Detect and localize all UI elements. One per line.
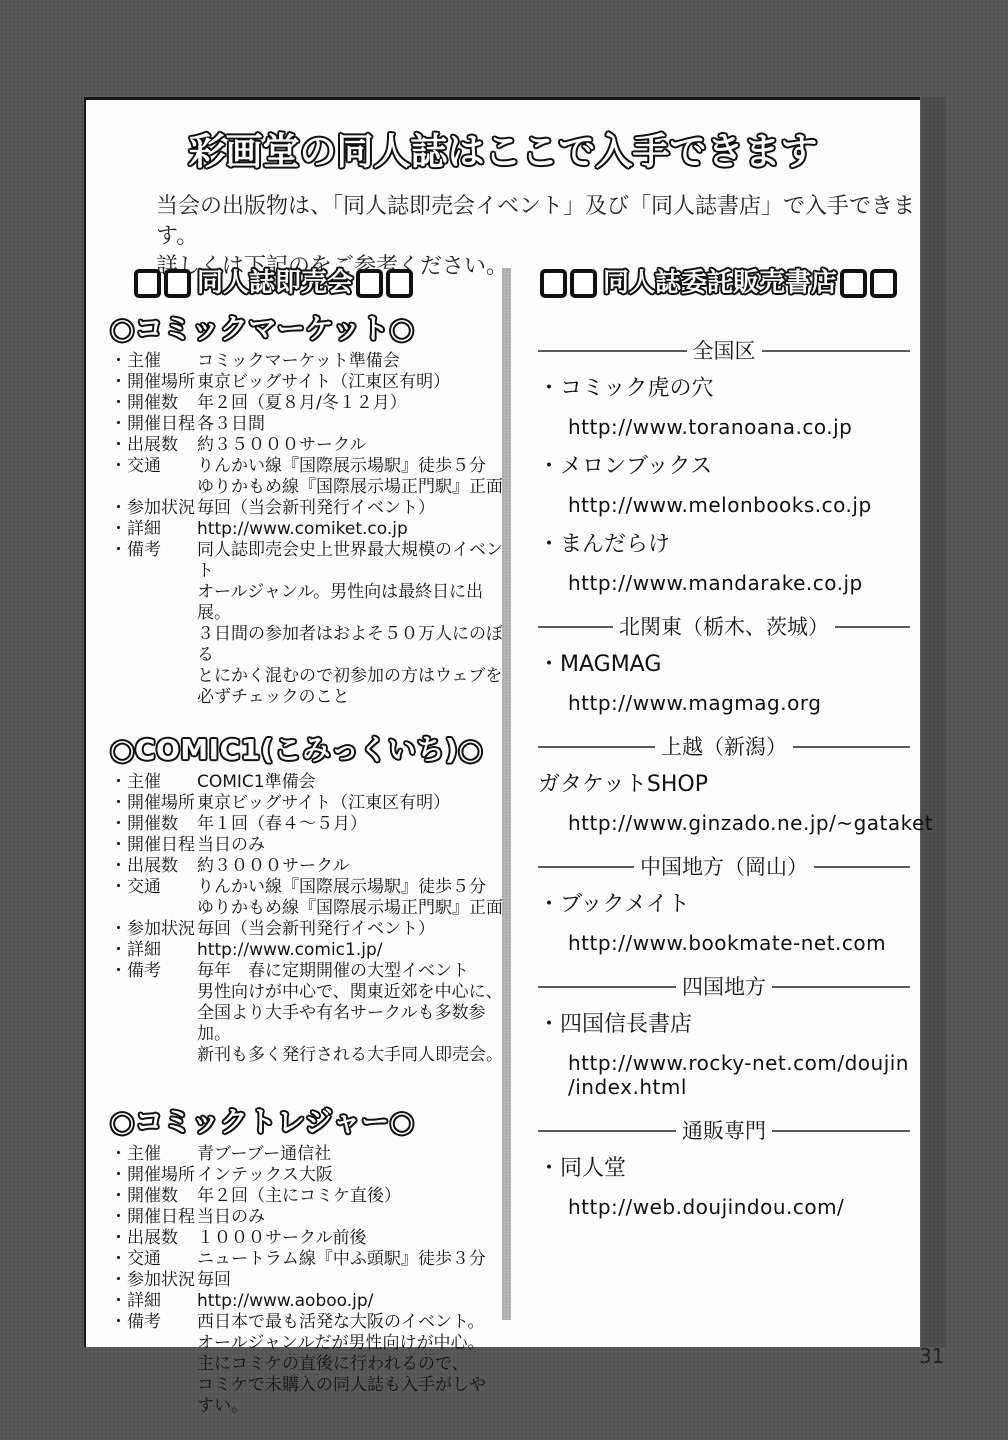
banner-square-icon <box>540 269 567 298</box>
page-shadow <box>922 97 946 1347</box>
banner-square-icon <box>870 269 897 298</box>
page-title: 彩画堂の同人誌はここで入手できます <box>86 126 920 178</box>
row-label: ・開催日程 <box>110 1207 197 1228</box>
row-label: ・詳細 <box>110 519 197 540</box>
region-divider: 中国地方（岡山） <box>538 855 910 879</box>
row-label: ・開催場所 <box>110 1165 197 1186</box>
divider-line <box>538 350 687 352</box>
banner-square-icon <box>570 269 597 298</box>
row-label: ・交通 <box>110 456 197 498</box>
event-section-comic1: ○COMIC1(こみっくいち)○ ・主催COMIC1準備会 ・開催場所東京ビッグ… <box>110 734 512 1066</box>
shop-url: http://www.magmag.org <box>568 691 910 715</box>
shop-name: ・まんだらけ <box>538 532 910 558</box>
divider-line <box>538 746 655 748</box>
row-value: りんかい線『国際展示場駅』徒歩５分 ゆりかもめ線『国際展示場正門駅』正面 <box>197 877 512 919</box>
row-label: ・開催数 <box>110 393 197 414</box>
row-value: 東京ビッグサイト（江東区有明） <box>197 372 512 393</box>
event-row: ・開催場所東京ビッグサイト（江東区有明） <box>110 372 512 393</box>
banner-square-icon <box>356 269 383 298</box>
shop-entry: ・まんだらけ http://www.mandarake.co.jp <box>538 532 910 595</box>
event-row: ・開催場所インテックス大阪 <box>110 1165 512 1186</box>
events-banner-label: 同人誌即売会 <box>197 266 353 300</box>
region-label: 上越（新潟） <box>661 735 787 759</box>
shop-url: http://web.doujindou.com/ <box>568 1195 910 1219</box>
event-row: ・主催コミックマーケット準備会 <box>110 351 512 372</box>
row-label: ・出展数 <box>110 435 197 456</box>
event-row: ・開催数年２回（主にコミケ直後） <box>110 1186 512 1207</box>
shop-entry: ・四国信長書店 http://www.rocky-net.com/doujin … <box>538 1012 910 1099</box>
scanned-document: { "page": { "title": "彩画堂の同人誌はここで入手できます"… <box>0 0 1008 1440</box>
row-label: ・備考 <box>110 1312 197 1417</box>
row-value: 毎回 <box>197 1270 512 1291</box>
shop-name: ・MAGMAG <box>538 652 910 678</box>
event-row: ・備考西日本で最も活発な大阪のイベント。 オールジャンルだが男性向けが中心。 主… <box>110 1312 512 1417</box>
event-row: ・参加状況毎回（当会新刊発行イベント） <box>110 919 512 940</box>
event-row: ・備考同人誌即売会史上世界最大規模のイベント オールジャンル。男性向は最終日に出… <box>110 540 512 708</box>
row-label: ・開催場所 <box>110 793 197 814</box>
row-value: http://www.comic1.jp/ <box>197 940 512 961</box>
event-rows: ・主催COMIC1準備会 ・開催場所東京ビッグサイト（江東区有明） ・開催数年１… <box>110 772 512 1066</box>
shop-name: ・ブックメイト <box>538 892 910 918</box>
events-column: 同人誌即売会 ○コミックマーケット○ ・主催コミックマーケット準備会 ・開催場所… <box>110 265 512 1417</box>
divider-line <box>538 1130 676 1132</box>
event-row: ・詳細http://www.aoboo.jp/ <box>110 1291 512 1312</box>
row-label: ・参加状況 <box>110 919 197 940</box>
row-label: ・交通 <box>110 1249 197 1270</box>
divider-line <box>793 746 910 748</box>
event-heading: ○コミックトレジャー○ <box>110 1106 512 1138</box>
banner-square-icon <box>134 269 161 298</box>
divider-line <box>772 986 910 988</box>
shop-name: ガタケットSHOP <box>538 772 910 798</box>
divider-line <box>835 626 910 628</box>
shop-name: ・メロンブックス <box>538 454 910 480</box>
event-rows: ・主催青ブーブー通信社 ・開催場所インテックス大阪 ・開催数年２回（主にコミケ直… <box>110 1144 512 1417</box>
row-value: 当日のみ <box>197 835 512 856</box>
row-label: ・交通 <box>110 877 197 919</box>
event-row: ・開催数年１回（春４～５月） <box>110 814 512 835</box>
row-value: インテックス大阪 <box>197 1165 512 1186</box>
row-value: http://www.comiket.co.jp <box>197 519 512 540</box>
event-rows: ・主催コミックマーケット準備会 ・開催場所東京ビッグサイト（江東区有明） ・開催… <box>110 351 512 708</box>
divider-line <box>814 866 910 868</box>
event-row: ・参加状況毎回（当会新刊発行イベント） <box>110 498 512 519</box>
row-value: 西日本で最も活発な大阪のイベント。 オールジャンルだが男性向けが中心。 主にコミ… <box>197 1312 512 1417</box>
divider-line <box>538 866 634 868</box>
region-divider: 通販専門 <box>538 1119 910 1143</box>
row-label: ・主催 <box>110 772 197 793</box>
shop-entry: ・メロンブックス http://www.melonbooks.co.jp <box>538 454 910 517</box>
event-row: ・開催日程当日のみ <box>110 1207 512 1228</box>
event-row: ・詳細http://www.comiket.co.jp <box>110 519 512 540</box>
shop-name: ・同人堂 <box>538 1156 910 1182</box>
shop-entry: ガタケットSHOP http://www.ginzado.ne.jp/~gata… <box>538 772 910 835</box>
row-value: 各３日間 <box>197 414 512 435</box>
event-row: ・備考毎年 春に定期開催の大型イベント 男性向けが中心で、関東近郊を中心に、 全… <box>110 961 512 1066</box>
row-label: ・開催日程 <box>110 835 197 856</box>
divider-line <box>762 350 911 352</box>
row-label: ・参加状況 <box>110 1270 197 1291</box>
shops-banner-label: 同人誌委託販売書店 <box>603 266 837 300</box>
event-heading: ○コミックマーケット○ <box>110 313 512 345</box>
event-row: ・交通りんかい線『国際展示場駅』徒歩５分 ゆりかもめ線『国際展示場正門駅』正面 <box>110 456 512 498</box>
event-heading: ○COMIC1(こみっくいち)○ <box>110 734 512 766</box>
row-label: ・主催 <box>110 351 197 372</box>
shop-url: http://www.toranoana.co.jp <box>568 415 910 439</box>
row-value: COMIC1準備会 <box>197 772 512 793</box>
row-value: 毎年 春に定期開催の大型イベント 男性向けが中心で、関東近郊を中心に、 全国より… <box>197 961 512 1066</box>
event-row: ・開催数年２回（夏８月/冬１２月） <box>110 393 512 414</box>
row-label: ・備考 <box>110 961 197 1066</box>
row-value: 約３５０００サークル <box>197 435 512 456</box>
row-value: 青ブーブー通信社 <box>197 1144 512 1165</box>
divider-line <box>772 1130 910 1132</box>
region-label: 全国区 <box>693 339 756 363</box>
shop-url: http://www.ginzado.ne.jp/~gataket <box>568 811 910 835</box>
divider-line <box>538 986 676 988</box>
row-value: 毎回（当会新刊発行イベント） <box>197 498 512 519</box>
shop-entry: ・コミック虎の穴 http://www.toranoana.co.jp <box>538 376 910 439</box>
shop-name: ・コミック虎の穴 <box>538 376 910 402</box>
region-divider: 四国地方 <box>538 975 910 999</box>
event-row: ・開催日程当日のみ <box>110 835 512 856</box>
row-label: ・開催数 <box>110 1186 197 1207</box>
shops-column: 同人誌委託販売書店 全国区 ・コミック虎の穴 http://www.torano… <box>538 265 910 1234</box>
banner-square-icon <box>840 269 867 298</box>
row-value: 毎回（当会新刊発行イベント） <box>197 919 512 940</box>
row-label: ・開催日程 <box>110 414 197 435</box>
row-value: １０００サークル前後 <box>197 1228 512 1249</box>
shop-url: http://www.bookmate-net.com <box>568 931 910 955</box>
shop-entry: ・ブックメイト http://www.bookmate-net.com <box>538 892 910 955</box>
region-divider: 北関東（栃木、茨城） <box>538 615 910 639</box>
event-row: ・交通りんかい線『国際展示場駅』徒歩５分 ゆりかもめ線『国際展示場正門駅』正面 <box>110 877 512 919</box>
region-divider: 全国区 <box>538 339 910 363</box>
region-label: 通販専門 <box>682 1119 766 1143</box>
shop-url: http://www.mandarake.co.jp <box>568 571 910 595</box>
banner-square-icon <box>386 269 413 298</box>
row-value: りんかい線『国際展示場駅』徒歩５分 ゆりかもめ線『国際展示場正門駅』正面 <box>197 456 512 498</box>
row-value: 同人誌即売会史上世界最大規模のイベント オールジャンル。男性向は最終日に出展。 … <box>197 540 512 708</box>
row-value: コミックマーケット準備会 <box>197 351 512 372</box>
row-value: http://www.aoboo.jp/ <box>197 1291 512 1312</box>
row-value: 東京ビッグサイト（江東区有明） <box>197 793 512 814</box>
column-divider <box>502 268 511 1320</box>
event-row: ・出展数１０００サークル前後 <box>110 1228 512 1249</box>
event-row: ・開催日程各３日間 <box>110 414 512 435</box>
events-banner: 同人誌即売会 <box>134 265 512 301</box>
row-label: ・詳細 <box>110 940 197 961</box>
event-section-comic-treasure: ○コミックトレジャー○ ・主催青ブーブー通信社 ・開催場所インテックス大阪 ・開… <box>110 1106 512 1417</box>
row-label: ・開催場所 <box>110 372 197 393</box>
shops-banner: 同人誌委託販売書店 <box>540 265 910 301</box>
row-value: 当日のみ <box>197 1207 512 1228</box>
shop-name: ・四国信長書店 <box>538 1012 910 1038</box>
shop-url: http://www.rocky-net.com/doujin /index.h… <box>568 1051 910 1099</box>
event-row: ・主催青ブーブー通信社 <box>110 1144 512 1165</box>
row-value: ニュートラム線『中ふ頭駅』徒歩３分 <box>197 1249 512 1270</box>
page-number: 31 <box>919 1344 944 1368</box>
row-label: ・備考 <box>110 540 197 708</box>
event-row: ・詳細http://www.comic1.jp/ <box>110 940 512 961</box>
region-label: 四国地方 <box>682 975 766 999</box>
divider-line <box>538 626 613 628</box>
region-divider: 上越（新潟） <box>538 735 910 759</box>
row-label: ・詳細 <box>110 1291 197 1312</box>
shop-url: http://www.melonbooks.co.jp <box>568 493 910 517</box>
row-value: 年２回（夏８月/冬１２月） <box>197 393 512 414</box>
page-sheet: 彩画堂の同人誌はここで入手できます 当会の出版物は、「同人誌即売会イベント」及び… <box>84 97 920 1347</box>
region-label: 中国地方（岡山） <box>640 855 808 879</box>
shop-entry: ・MAGMAG http://www.magmag.org <box>538 652 910 715</box>
event-row: ・開催場所東京ビッグサイト（江東区有明） <box>110 793 512 814</box>
event-row: ・主催COMIC1準備会 <box>110 772 512 793</box>
event-row: ・出展数約３０００サークル <box>110 856 512 877</box>
banner-square-icon <box>164 269 191 298</box>
row-value: 年２回（主にコミケ直後） <box>197 1186 512 1207</box>
row-label: ・出展数 <box>110 856 197 877</box>
row-value: 年１回（春４～５月） <box>197 814 512 835</box>
event-row: ・参加状況毎回 <box>110 1270 512 1291</box>
row-label: ・開催数 <box>110 814 197 835</box>
region-label: 北関東（栃木、茨城） <box>619 615 829 639</box>
row-value: 約３０００サークル <box>197 856 512 877</box>
shop-entry: ・同人堂 http://web.doujindou.com/ <box>538 1156 910 1219</box>
row-label: ・主催 <box>110 1144 197 1165</box>
row-label: ・出展数 <box>110 1228 197 1249</box>
event-row: ・交通ニュートラム線『中ふ頭駅』徒歩３分 <box>110 1249 512 1270</box>
event-row: ・出展数約３５０００サークル <box>110 435 512 456</box>
event-section-comiket: ○コミックマーケット○ ・主催コミックマーケット準備会 ・開催場所東京ビッグサイ… <box>110 313 512 708</box>
row-label: ・参加状況 <box>110 498 197 519</box>
